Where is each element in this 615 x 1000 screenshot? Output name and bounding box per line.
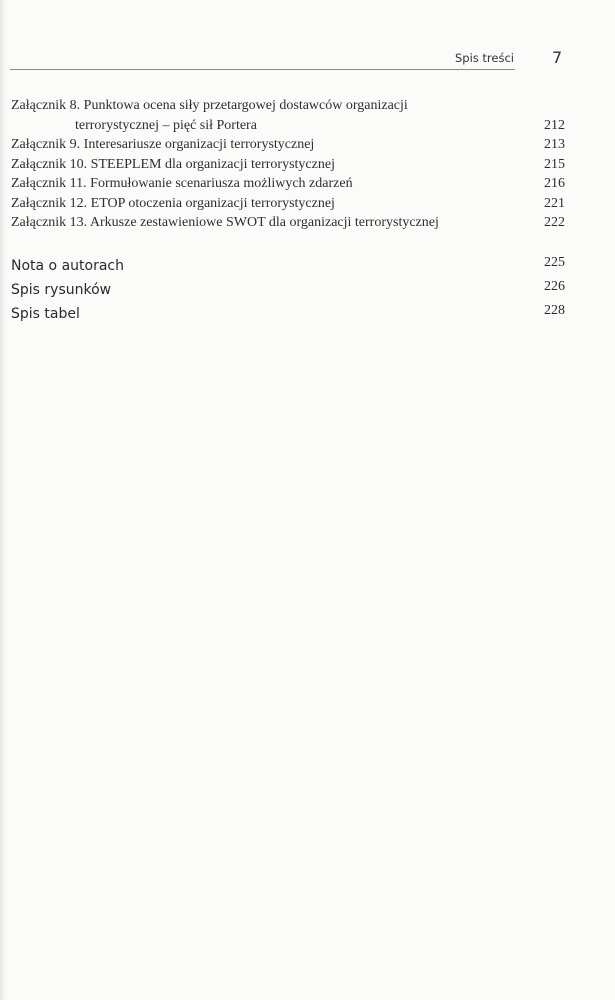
toc-entry-page: 228 [544, 299, 565, 323]
toc-entry-page: 212 [544, 116, 565, 136]
header-rule [10, 69, 515, 70]
toc-entry-text: Załącznik 8. Punktowa ocena siły przetar… [11, 96, 408, 135]
toc-entry-spis-tabel[interactable]: Spis tabel 228 [11, 302, 567, 326]
running-header-title: Spis treści [455, 51, 514, 65]
toc-entry-label: Załącznik 8. Punktowa ocena siły przetar… [11, 98, 408, 113]
toc-entry-appendix-11[interactable]: Załącznik 11. Formułowanie scenariusza m… [11, 174, 567, 194]
toc-entry-appendix-8[interactable]: Załącznik 8. Punktowa ocena siły przetar… [11, 96, 567, 135]
toc-entry-appendix-9[interactable]: Załącznik 9. Interesariusze organizacji … [11, 135, 567, 155]
running-header: Spis treści 7 [0, 48, 615, 70]
page-edge-shadow [0, 0, 6, 1000]
toc-entry-page: 225 [544, 251, 565, 275]
toc-entry-label: Spis rysunków [11, 282, 111, 298]
toc-entry-appendix-13[interactable]: Załącznik 13. Arkusze zestawieniowe SWOT… [11, 213, 567, 233]
toc-entry-appendix-10[interactable]: Załącznik 10. STEEPLEM dla organizacji t… [11, 155, 567, 175]
toc-entry-label: Spis tabel [11, 306, 80, 322]
toc-entry-label: Załącznik 13. Arkusze zestawieniowe SWOT… [11, 213, 439, 233]
toc-entry-page: 213 [544, 135, 565, 155]
toc-entry-nota-o-autorach[interactable]: Nota o autorach 225 [11, 254, 567, 278]
toc-entry-appendix-12[interactable]: Załącznik 12. ETOP otoczenia organizacji… [11, 194, 567, 214]
toc-entry-spis-rysunkow[interactable]: Spis rysunków 226 [11, 278, 567, 302]
toc-entry-page: 215 [544, 155, 565, 175]
appendix-list: Załącznik 8. Punktowa ocena siły przetar… [11, 96, 567, 233]
backmatter-list: Nota o autorach 225 Spis rysunków 226 Sp… [11, 254, 567, 326]
toc-entry-label: Załącznik 11. Formułowanie scenariusza m… [11, 174, 353, 194]
toc-entry-continuation: terrorystycznej – pięć sił Portera [11, 116, 408, 136]
toc-entry-label: Załącznik 10. STEEPLEM dla organizacji t… [11, 155, 335, 175]
toc-entry-page: 222 [544, 213, 565, 233]
toc-entry-label: Załącznik 12. ETOP otoczenia organizacji… [11, 194, 335, 214]
toc-entry-label: Załącznik 9. Interesariusze organizacji … [11, 135, 314, 155]
toc-entry-page: 216 [544, 174, 565, 194]
toc-entry-page: 226 [544, 275, 565, 299]
toc-entry-label: Nota o autorach [11, 258, 124, 274]
page-number: 7 [552, 48, 562, 67]
toc-entry-page: 221 [544, 194, 565, 214]
